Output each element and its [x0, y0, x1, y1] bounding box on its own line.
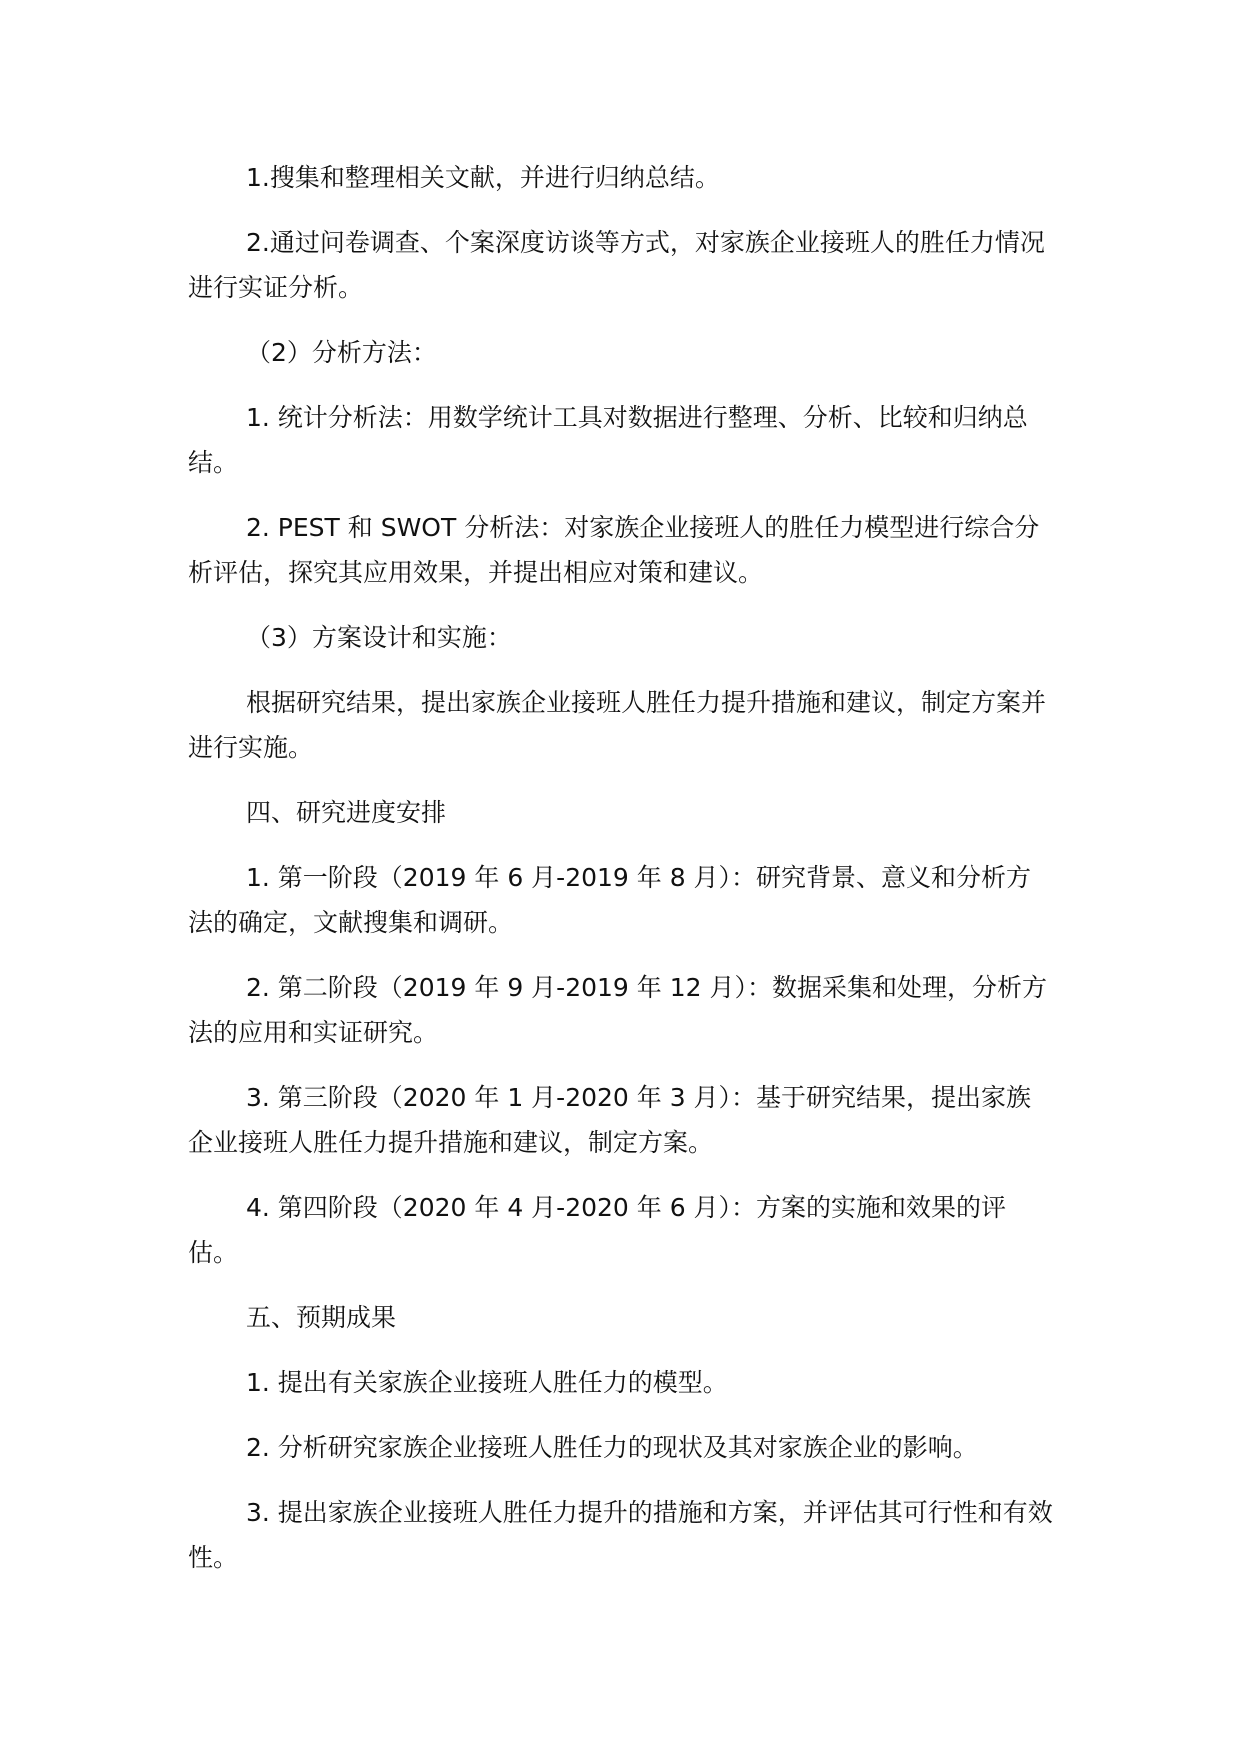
- list-item-phase-3: 3. 第三阶段（2020 年 1 月-2020 年 3 月）：基于研究结果，提出…: [188, 1075, 1054, 1165]
- list-item-phase-1: 1. 第一阶段（2019 年 6 月-2019 年 8 月）：研究背景、意义和分…: [188, 855, 1054, 945]
- section-heading-schedule: 四、研究进度安排: [188, 790, 1054, 835]
- subheading-plan-design: （3）方案设计和实施：: [188, 615, 1054, 660]
- list-item-statistical-analysis: 1. 统计分析法：用数学统计工具对数据进行整理、分析、比较和归纳总结。: [188, 395, 1054, 485]
- list-item-phase-2: 2. 第二阶段（2019 年 9 月-2019 年 12 月）：数据采集和处理，…: [188, 965, 1054, 1055]
- subheading-analysis-methods: （2）分析方法：: [188, 330, 1054, 375]
- list-item-pest-swot: 2. PEST 和 SWOT 分析法：对家族企业接班人的胜任力模型进行综合分析评…: [188, 505, 1054, 595]
- list-item-empirical-analysis: 2.通过问卷调查、个案深度访谈等方式，对家族企业接班人的胜任力情况进行实证分析。: [188, 220, 1054, 310]
- list-item-collect-literature: 1.搜集和整理相关文献，并进行归纳总结。: [188, 155, 1054, 200]
- list-item-phase-4: 4. 第四阶段（2020 年 4 月-2020 年 6 月）：方案的实施和效果的…: [188, 1185, 1054, 1275]
- paragraph-plan-implementation: 根据研究结果，提出家族企业接班人胜任力提升措施和建议，制定方案并进行实施。: [188, 680, 1054, 770]
- document-page: 1.搜集和整理相关文献，并进行归纳总结。 2.通过问卷调查、个案深度访谈等方式，…: [188, 155, 1054, 1600]
- section-heading-expected-results: 五、预期成果: [188, 1295, 1054, 1340]
- list-item-result-3: 3. 提出家族企业接班人胜任力提升的措施和方案，并评估其可行性和有效性。: [188, 1490, 1054, 1580]
- list-item-result-2: 2. 分析研究家族企业接班人胜任力的现状及其对家族企业的影响。: [188, 1425, 1054, 1470]
- list-item-result-1: 1. 提出有关家族企业接班人胜任力的模型。: [188, 1360, 1054, 1405]
